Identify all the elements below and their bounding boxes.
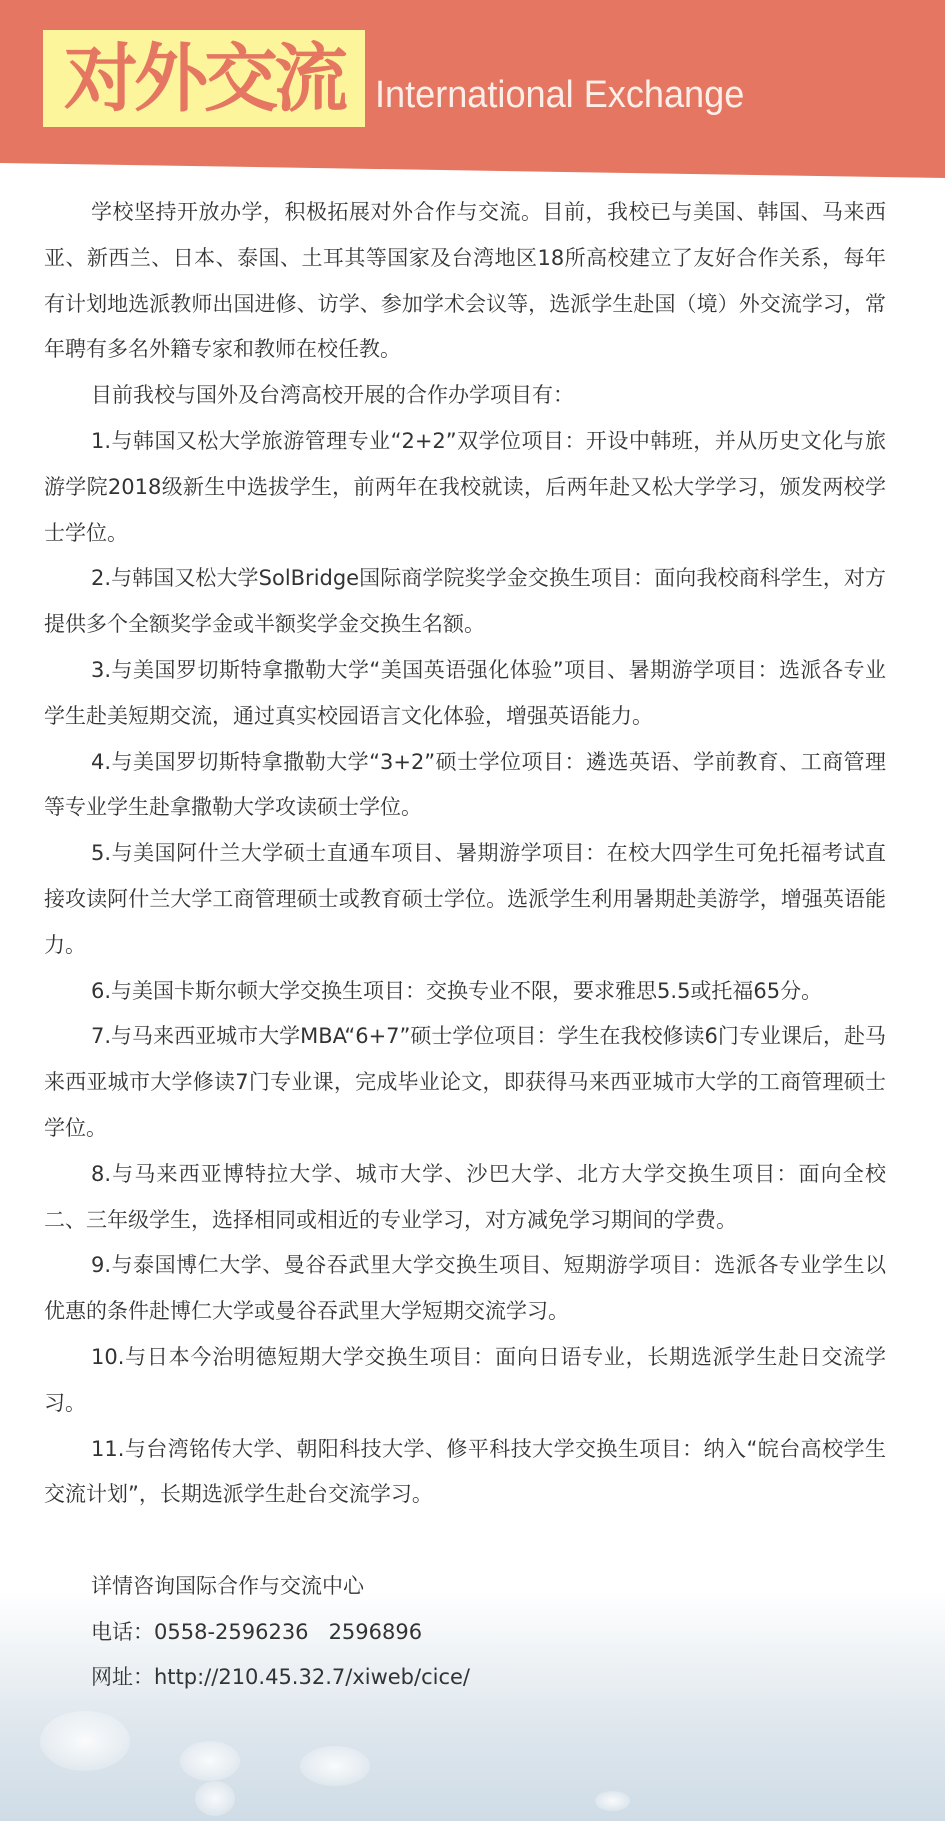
cloud-decoration (595, 1791, 630, 1811)
cloud-decoration (195, 1781, 235, 1816)
projects-heading: 目前我校与国外及台湾高校开展的合作办学项目有： (44, 373, 886, 419)
page-title: 对外交流 (64, 42, 344, 116)
title-box: 对外交流 (43, 30, 365, 127)
project-item: 10.与日本今治明德短期大学交换生项目：面向日语专业，长期选派学生赴日交流学习。 (44, 1335, 886, 1427)
contact-info: 详情咨询国际合作与交流中心 电话：0558-2596236 2596896 网址… (91, 1564, 470, 1701)
contact-center: 详情咨询国际合作与交流中心 (91, 1564, 470, 1610)
project-item: 7.与马来西亚城市大学MBA“6+7”硕士学位项目：学生在我校修读6门专业课后，… (44, 1014, 886, 1151)
intro-paragraph: 学校坚持开放办学，积极拓展对外合作与交流。目前，我校已与美国、韩国、马来西亚、新… (44, 190, 886, 373)
project-item: 8.与马来西亚博特拉大学、城市大学、沙巴大学、北方大学交换生项目：面向全校二、三… (44, 1152, 886, 1244)
article-body: 学校坚持开放办学，积极拓展对外合作与交流。目前，我校已与美国、韩国、马来西亚、新… (44, 190, 886, 1518)
project-item: 1.与韩国又松大学旅游管理专业“2+2”双学位项目：开设中韩班，并从历史文化与旅… (44, 419, 886, 556)
page-subtitle: International Exchange (375, 76, 744, 114)
cloud-decoration (40, 1711, 130, 1771)
cloud-decoration (300, 1746, 370, 1786)
project-item: 9.与泰国博仁大学、曼谷吞武里大学交换生项目、短期游学项目：选派各专业学生以优惠… (44, 1243, 886, 1335)
project-item: 4.与美国罗切斯特拿撒勒大学“3+2”硕士学位项目：遴选英语、学前教育、工商管理… (44, 740, 886, 832)
project-item: 11.与台湾铭传大学、朝阳科技大学、修平科技大学交换生项目：纳入“皖台高校学生交… (44, 1427, 886, 1519)
cloud-decoration (180, 1741, 240, 1781)
project-item: 6.与美国卡斯尔顿大学交换生项目：交换专业不限，要求雅思5.5或托福65分。 (44, 969, 886, 1015)
contact-website: 网址：http://210.45.32.7/xiweb/cice/ (91, 1655, 470, 1701)
project-item: 2.与韩国又松大学SolBridge国际商学院奖学金交换生项目：面向我校商科学生… (44, 556, 886, 648)
contact-phone: 电话：0558-2596236 2596896 (91, 1610, 470, 1656)
project-item: 3.与美国罗切斯特拿撒勒大学“美国英语强化体验”项目、暑期游学项目：选派各专业学… (44, 648, 886, 740)
project-item: 5.与美国阿什兰大学硕士直通车项目、暑期游学项目：在校大四学生可免托福考试直接攻… (44, 831, 886, 968)
